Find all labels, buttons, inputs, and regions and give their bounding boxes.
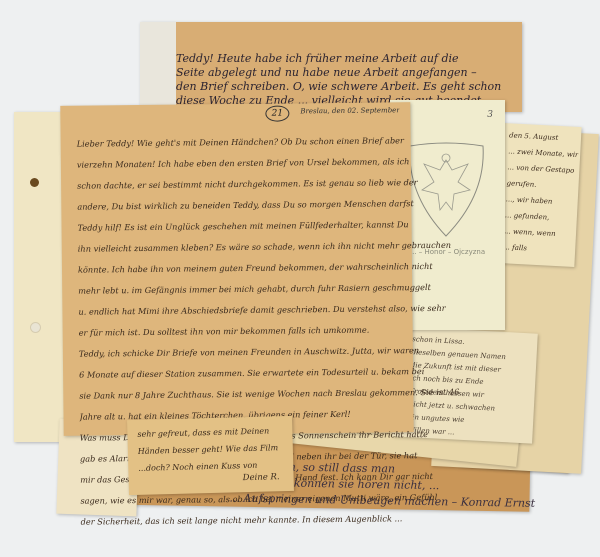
punch-hole: [30, 322, 41, 333]
text-line: sie Dank nur 8 Jahre Zuchthaus. Sie ist …: [79, 382, 459, 407]
text-line: Seite abgelegt und nu habe neue Arbeit a…: [176, 66, 501, 80]
note-text: sehr gefreut, dass es mit Deinen Händen …: [137, 422, 279, 477]
note-slip: sehr gefreut, dass es mit Deinen Händen …: [127, 416, 294, 495]
main-letter-sheet: 21 Breslau, den 02. September Lieber Ted…: [60, 102, 413, 436]
text-line: den Brief schreiben. O, wie schwere Arbe…: [176, 80, 501, 94]
paper-tab: [140, 22, 176, 112]
text-line: u. endlich hat Mimi ihre Abschiedsbriefe…: [78, 298, 458, 323]
text-line: der Sicherheit, das ich seit lange nicht…: [81, 508, 461, 533]
page-number: 21: [265, 105, 289, 121]
page-number: 3: [487, 110, 493, 120]
punch-hole: [30, 178, 39, 187]
date-line: Breslau, den 02. September: [300, 106, 399, 115]
signature: Deine R.: [243, 472, 280, 483]
back-letter-sheet: Teddy! Heute habe ich früher meine Arbei…: [140, 22, 522, 112]
text-line: Teddy! Heute habe ich früher meine Arbei…: [176, 52, 501, 66]
text-line: ... falls: [503, 239, 574, 259]
august-letter-sheet: den 5. August ... zwei Monate, wir ... v…: [496, 123, 581, 267]
august-letter-text: den 5. August ... zwei Monate, wir ... v…: [503, 127, 580, 259]
